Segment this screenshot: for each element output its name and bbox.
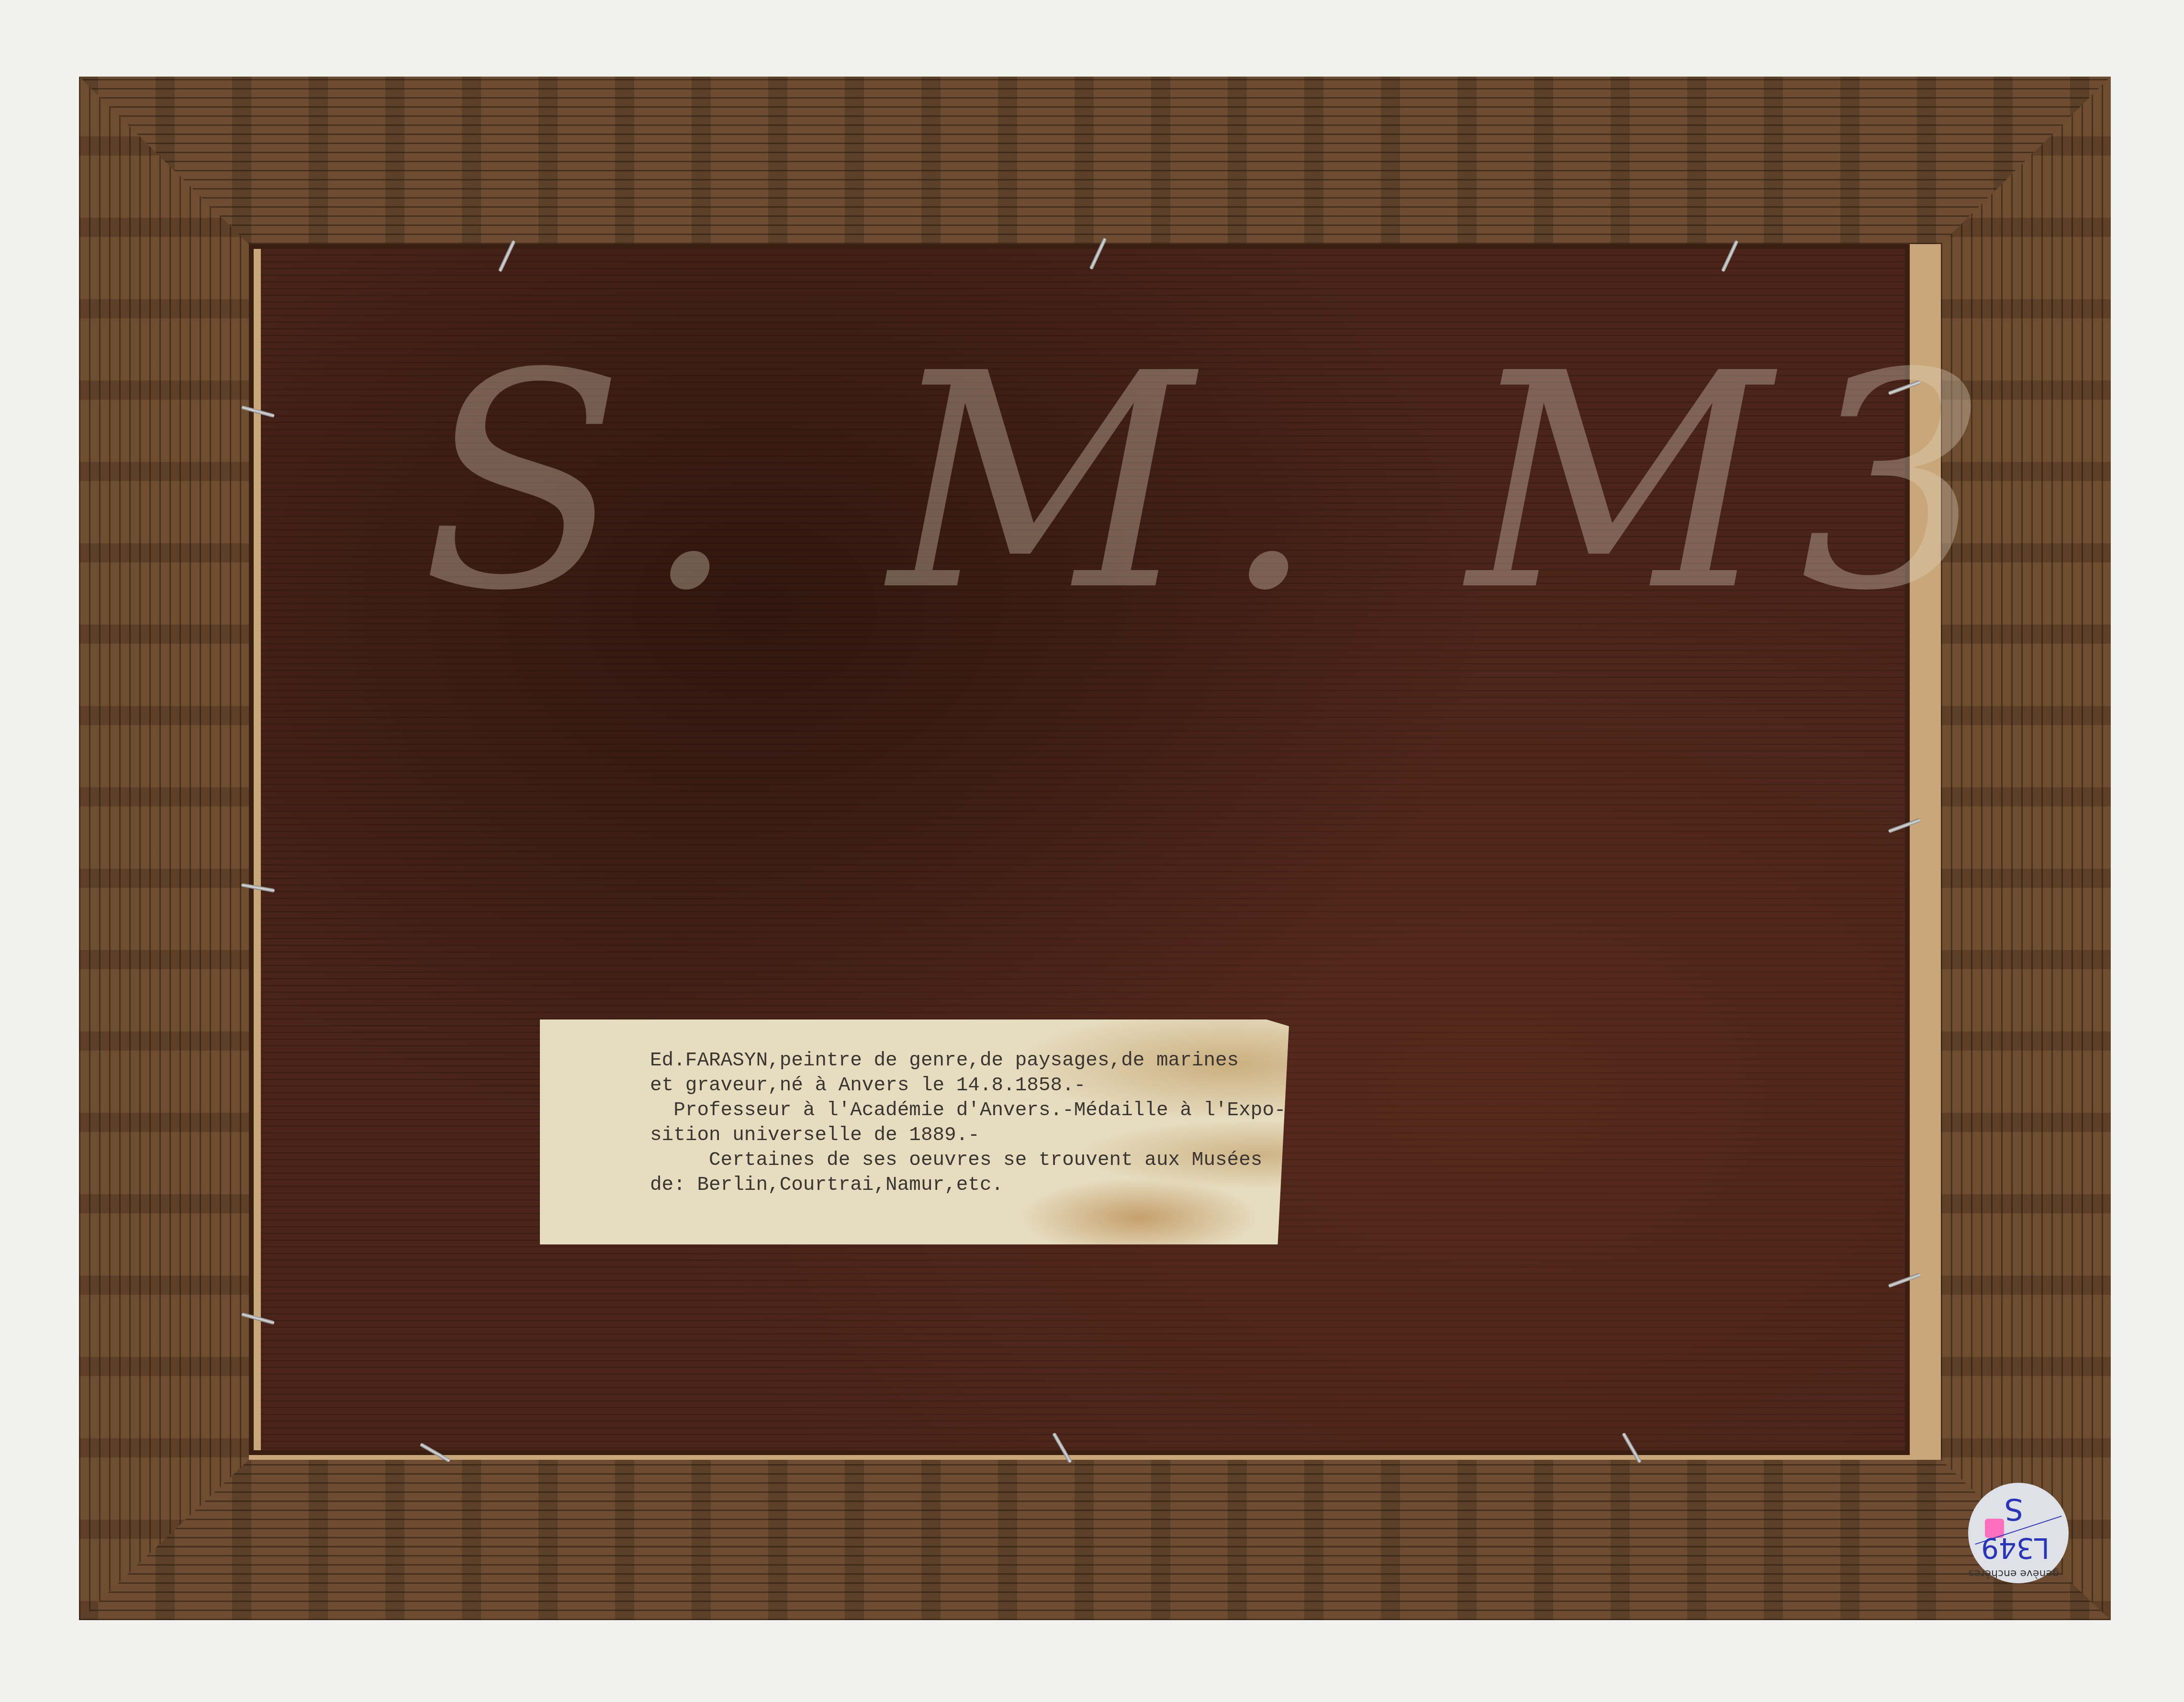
chalk-inscription: S. M. M3 [421,316,1522,651]
frame-top-rail [79,77,2111,244]
typed-provenance-label: Ed.FARASYN,peintre de genre,de paysages,… [540,1019,1289,1244]
sticker-letter: S [2005,1492,2023,1527]
auction-house-name: genève enchères [1969,1568,2059,1579]
label-line: sition universelle de 1889.- [650,1123,1289,1148]
label-line: de: Berlin,Courtrai,Namur,etc. [650,1173,1289,1198]
lot-number: L349 [1981,1532,2050,1564]
label-line: Ed.FARASYN,peintre de genre,de paysages,… [650,1048,1289,1073]
label-line: et graveur,né à Anvers le 14.8.1858.- [650,1073,1289,1098]
auction-lot-sticker: L349 S genève enchères [1968,1483,2069,1583]
label-line: Professeur à l'Académie d'Anvers.-Médail… [650,1098,1289,1123]
label-line: Certaines de ses oeuvres se trouvent aux… [650,1148,1289,1173]
frame-right-rail [1941,77,2111,1620]
frame-left-rail [79,77,249,1620]
frame-bottom-rail [79,1460,2111,1620]
